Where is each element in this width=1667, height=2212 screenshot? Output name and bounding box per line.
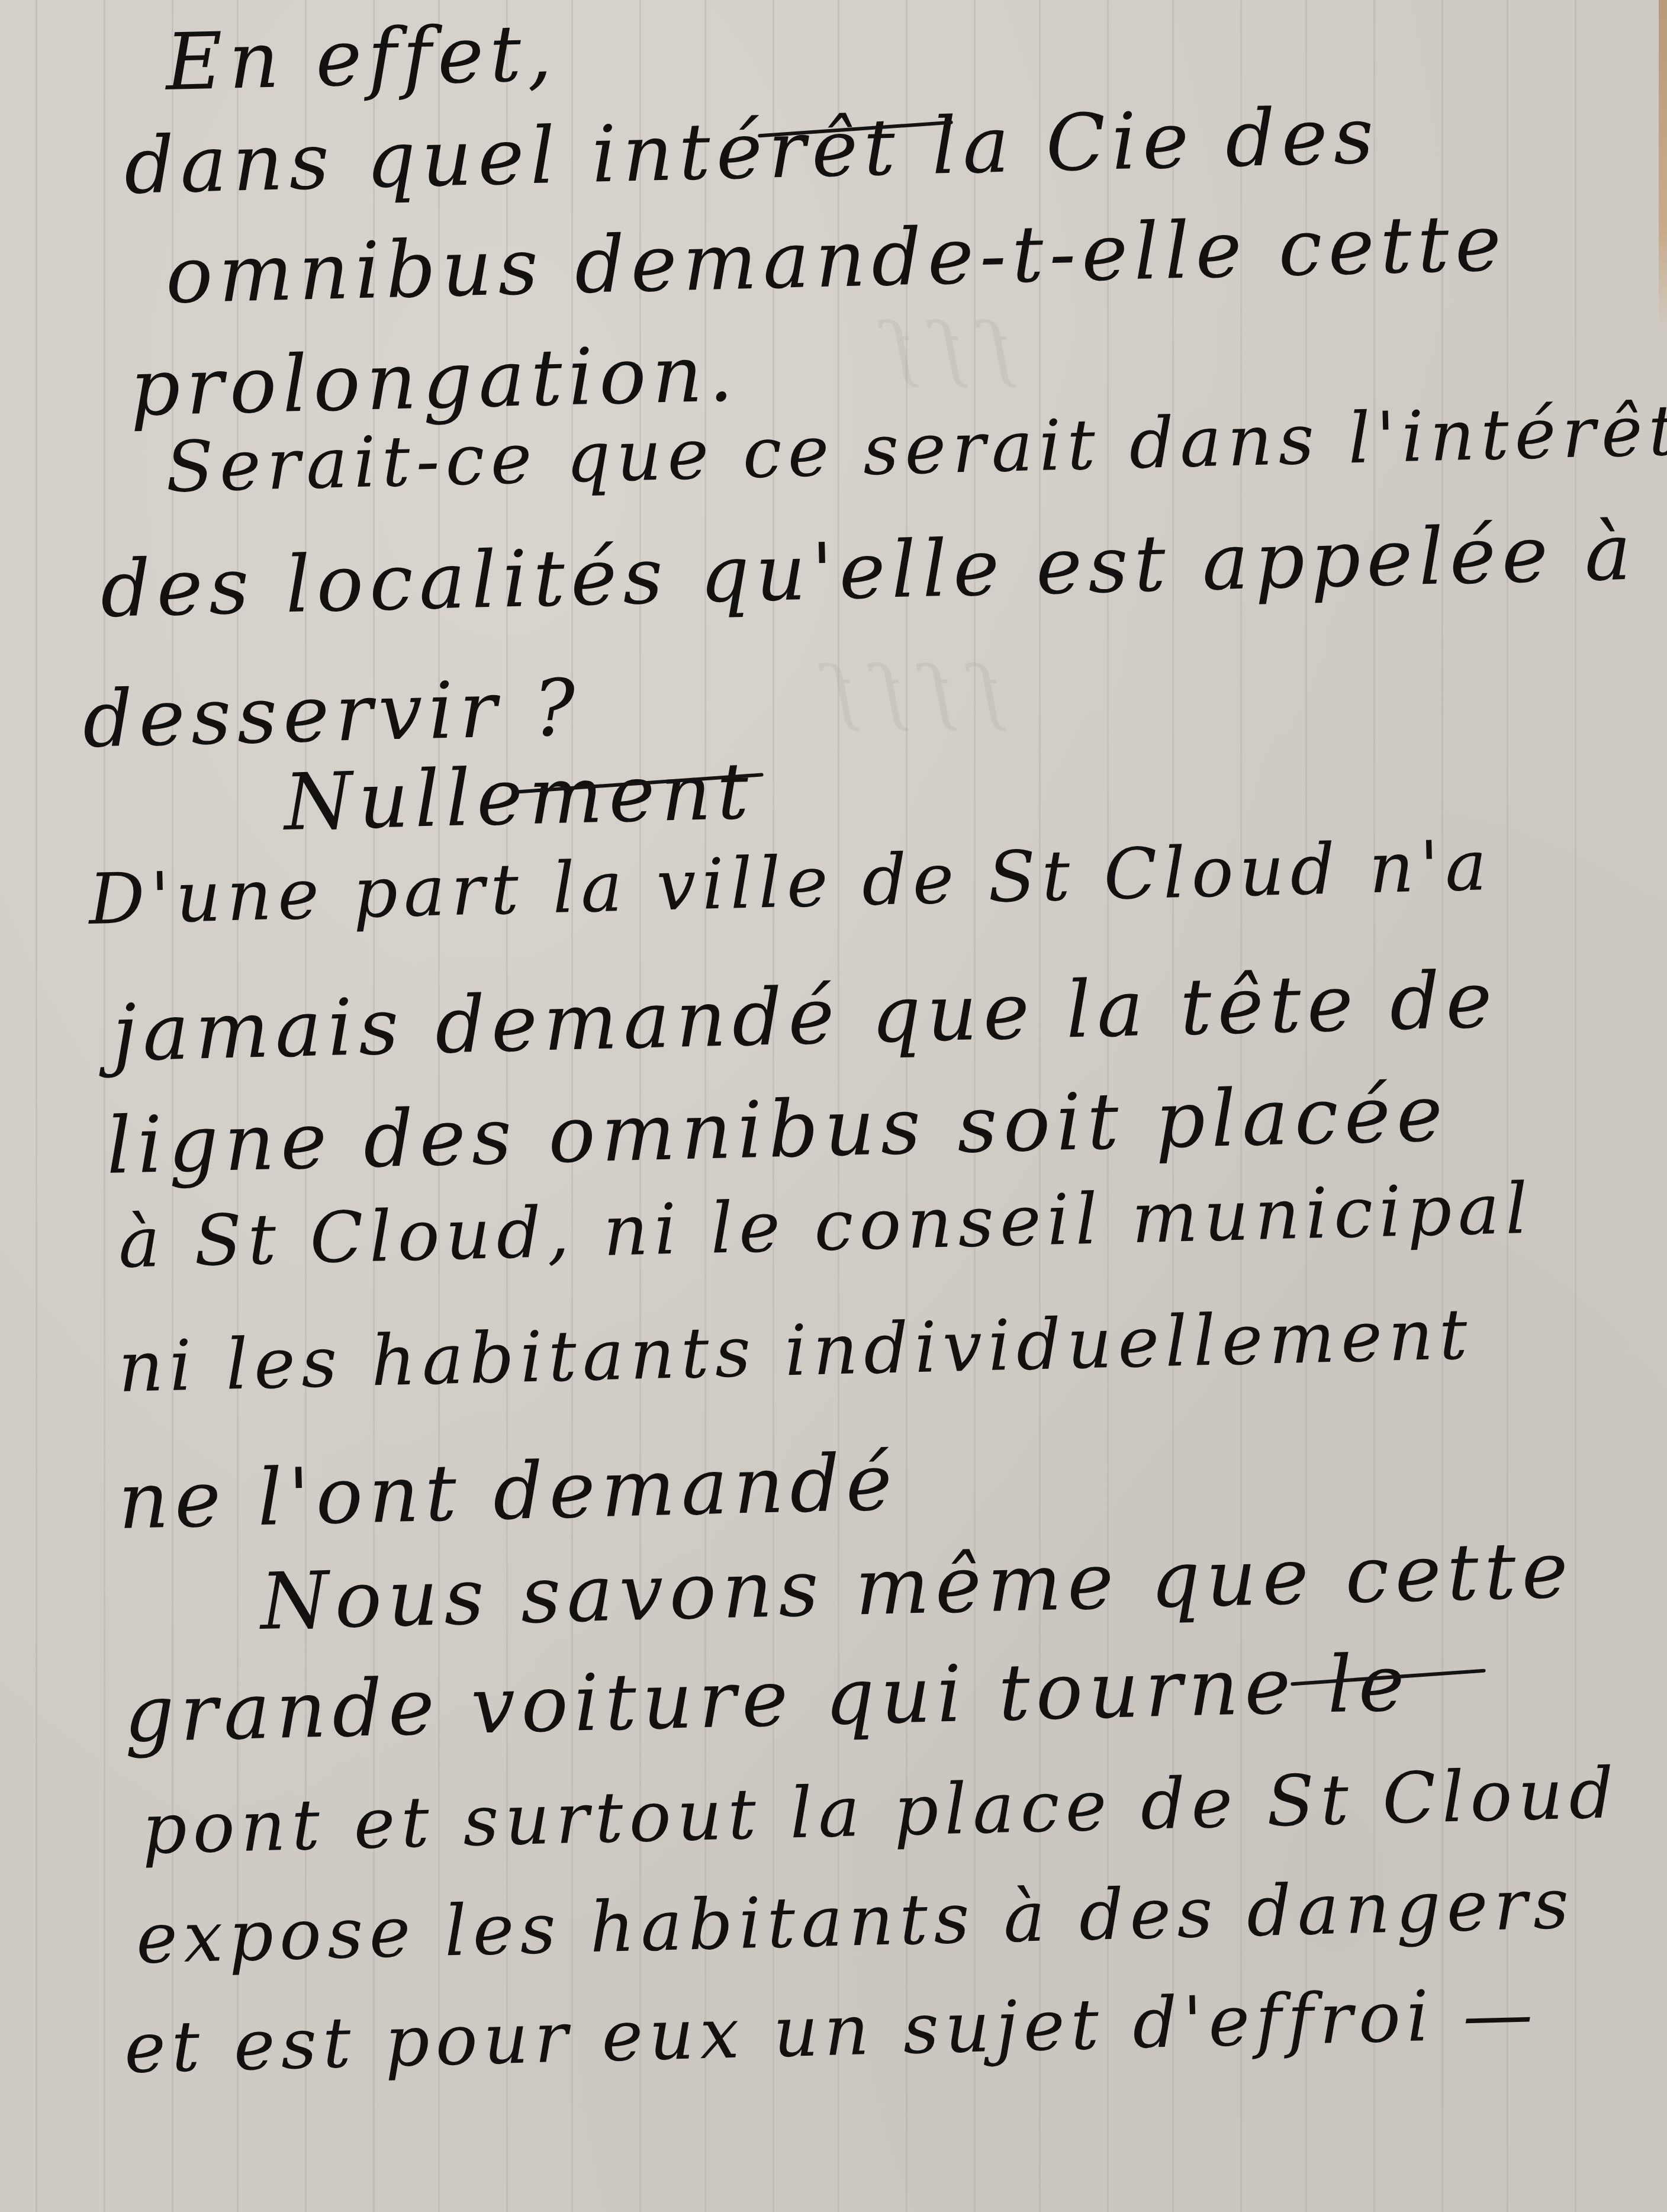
manuscript-line-4: prolongation.: [129, 335, 740, 427]
manuscript-line-7: desservir ?: [82, 668, 582, 759]
reverse-bleed-through: ſ ſ ſ: [888, 308, 1012, 390]
manuscript-line-13: ni les habitants individuellement: [118, 1299, 1474, 1402]
manuscript-line-16: grande voiture qui tourne le: [123, 1644, 1411, 1754]
manuscript-line-12: à St Cloud, ni le conseil municipal: [118, 1173, 1534, 1278]
manuscript-line-2: dans quel intérêt la Cie des: [123, 97, 1380, 205]
manuscript-line-1: En effet,: [165, 14, 558, 102]
manuscript-line-10: jamais demandé que la tête de: [111, 961, 1498, 1073]
ruling-line: [1575, 0, 1576, 2212]
manuscript-page: ſ ſ ſ ſ ſ ſ ſ En effet, dans quel intérê…: [0, 0, 1667, 2212]
manuscript-line-6: des localités qu'elle est appelée à: [99, 513, 1638, 629]
manuscript-line-14: ne l'ont demandé: [117, 1443, 899, 1541]
manuscript-line-17: pont et surtout la place de St Cloud: [141, 1758, 1621, 1864]
manuscript-line-19: et est pour eux un sujet d'effroi —: [124, 1979, 1540, 2083]
ruling-line: [36, 0, 37, 2212]
manuscript-line-18: expose les habitants à des dangers: [136, 1869, 1576, 1973]
reverse-bleed-through: ſ ſ ſ ſ: [829, 651, 1002, 734]
manuscript-line-11: ligne des omnibus soit placée: [105, 1075, 1449, 1185]
manuscript-line-15: Nous savons même que cette: [259, 1531, 1575, 1641]
page-edge-strip: [1659, 0, 1667, 332]
manuscript-line-8: Nullement: [283, 753, 755, 842]
